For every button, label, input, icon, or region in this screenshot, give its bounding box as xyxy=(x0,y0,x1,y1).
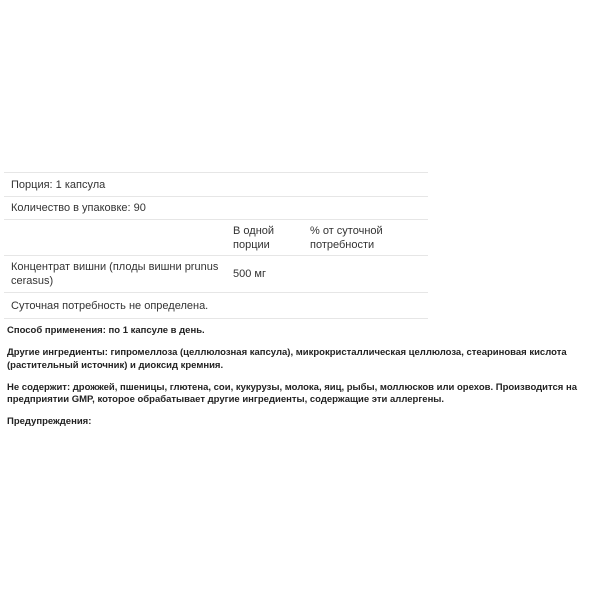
usage-instructions: Способ применения: по 1 капсуле в день. xyxy=(7,325,597,337)
daily-value-footnote: Суточная потребность не определена. xyxy=(4,293,428,319)
serving-size: Порция: 1 капсула xyxy=(4,173,428,197)
warnings-heading: Предупреждения: xyxy=(7,416,597,428)
table-row: Концентрат вишни (плоды вишни prunus cer… xyxy=(4,256,428,293)
servings-per-container: Количество в упаковке: 90 xyxy=(4,197,428,220)
header-empty-cell xyxy=(4,220,226,256)
footnote-row: Суточная потребность не определена. xyxy=(4,293,428,319)
ingredient-daily-value xyxy=(303,256,428,293)
ingredient-name: Концентрат вишни (плоды вишни prunus cer… xyxy=(4,256,226,293)
serving-size-row: Порция: 1 капсула xyxy=(4,173,428,197)
product-notes: Способ применения: по 1 капсуле в день. … xyxy=(7,325,597,439)
header-amount: В одной порции xyxy=(226,220,303,256)
other-ingredients: Другие ингредиенты: гипромеллоза (целлюл… xyxy=(7,347,597,372)
ingredient-amount: 500 мг xyxy=(226,256,303,293)
servings-per-container-row: Количество в упаковке: 90 xyxy=(4,197,428,220)
table-header-row: В одной порции % от суточной потребности xyxy=(4,220,428,256)
supplement-facts-table: Порция: 1 капсула Количество в упаковке:… xyxy=(4,172,428,319)
allergen-statement: Не содержит: дрожжей, пшеницы, глютена, … xyxy=(7,382,597,407)
header-daily-value: % от суточной потребности xyxy=(303,220,428,256)
